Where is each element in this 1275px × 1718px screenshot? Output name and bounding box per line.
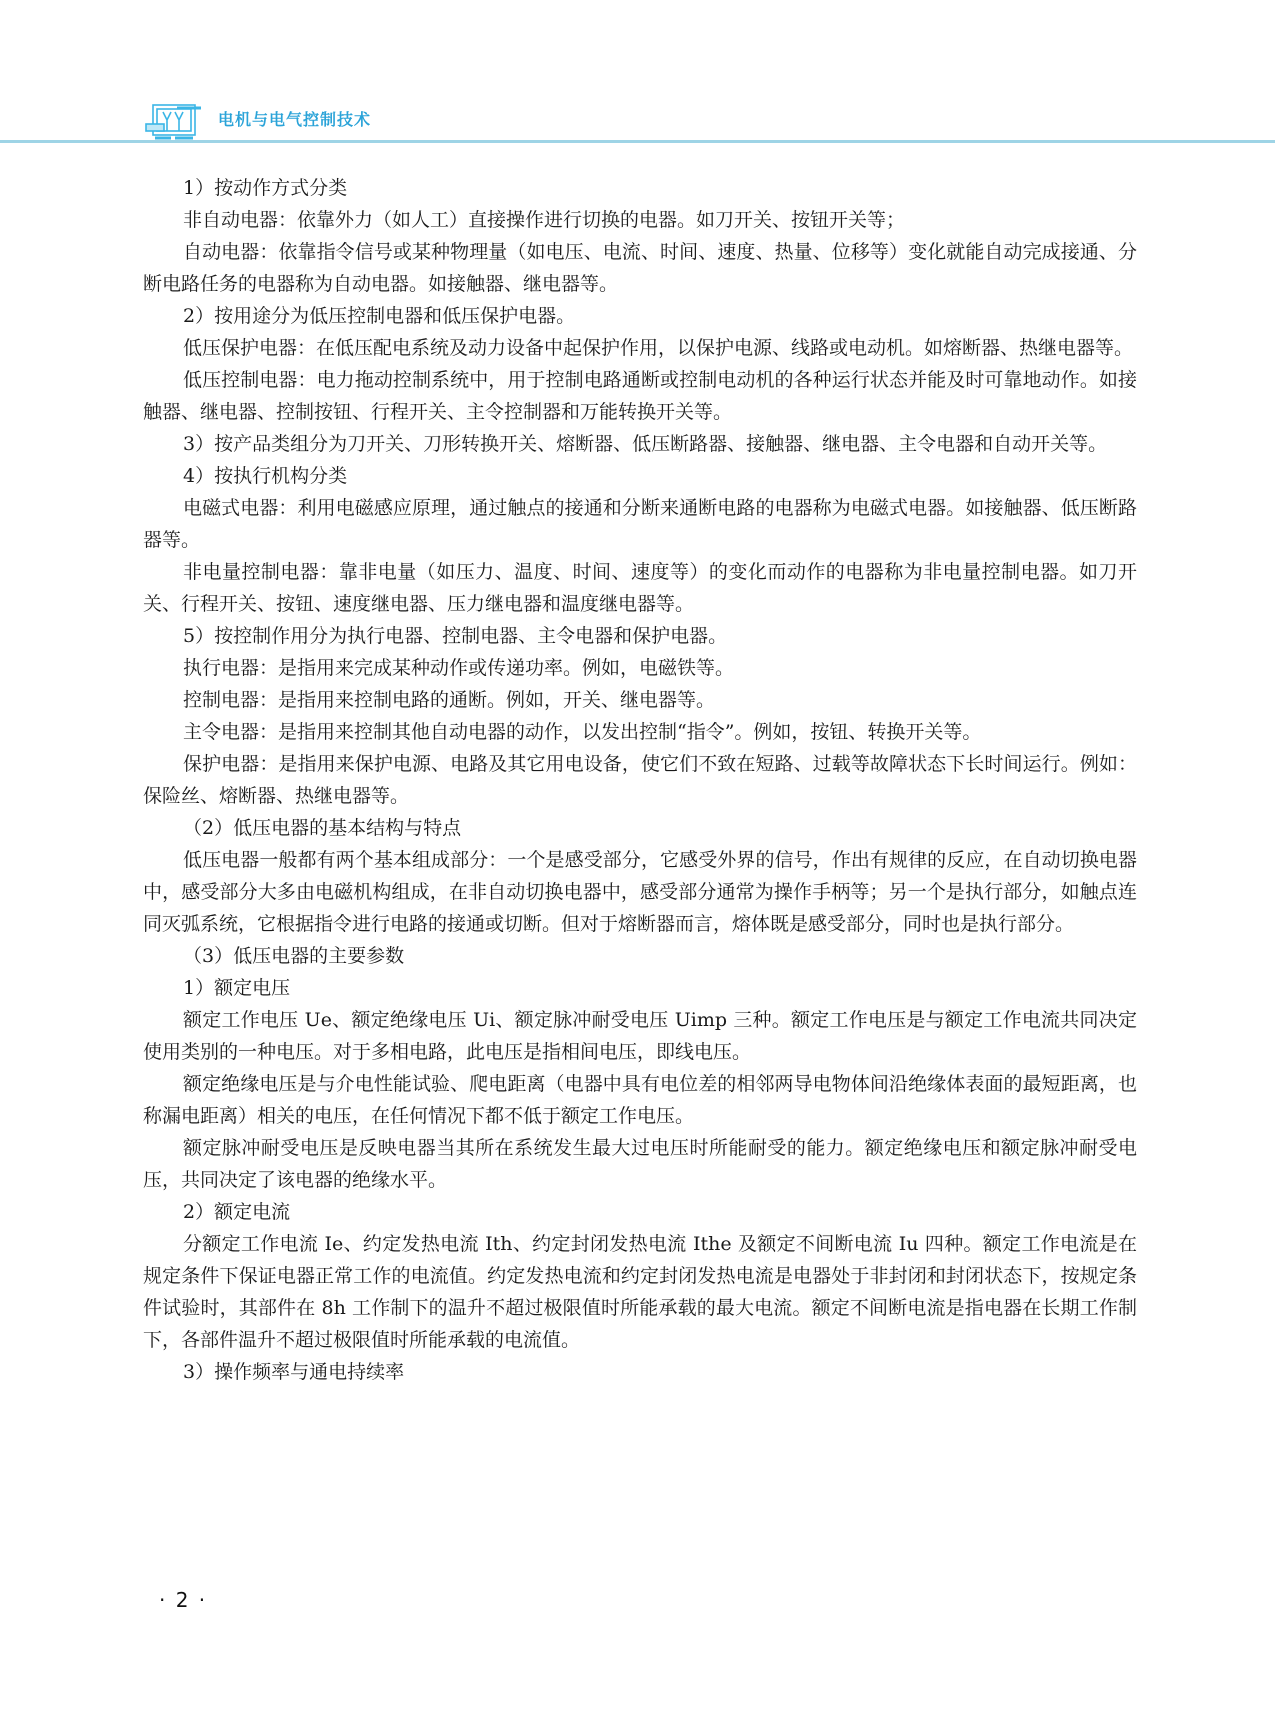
paragraph: 低压控制电器：电力拖动控制系统中，用于控制电路通断或控制电动机的各种运行状态并能… xyxy=(143,364,1137,428)
paragraph: 额定工作电压 Ue、额定绝缘电压 Ui、额定脉冲耐受电压 Uimp 三种。额定工… xyxy=(143,1004,1137,1068)
heading-rated-current: 2）额定电流 xyxy=(143,1196,1137,1228)
header-divider xyxy=(0,140,1275,143)
paragraph: 电磁式电器：利用电磁感应原理，通过触点的接通和分断来通断电路的电器称为电磁式电器… xyxy=(143,492,1137,556)
heading-operating-frequency: 3）操作频率与通电持续率 xyxy=(143,1356,1137,1388)
page-number: · 2 · xyxy=(159,1588,207,1612)
heading-by-usage: 2）按用途分为低压控制电器和低压保护电器。 xyxy=(143,300,1137,332)
page-body: 1）按动作方式分类 非自动电器：依靠外力（如人工）直接操作进行切换的电器。如刀开… xyxy=(143,172,1137,1388)
running-header: 电机与电气控制技术 xyxy=(0,95,1275,145)
heading-by-control-role: 5）按控制作用分为执行电器、控制电器、主令电器和保护电器。 xyxy=(143,620,1137,652)
paragraph: 低压电器一般都有两个基本组成部分：一个是感受部分，它感受外界的信号，作出有规律的… xyxy=(143,844,1137,940)
paragraph: 额定绝缘电压是与介电性能试验、爬电距离（电器中具有电位差的相邻两导电物体间沿绝缘… xyxy=(143,1068,1137,1132)
paragraph: 主令电器：是指用来控制其他自动电器的动作，以发出控制“指令”。例如，按钮、转换开… xyxy=(143,716,1137,748)
paragraph: 非电量控制电器：靠非电量（如压力、温度、时间、速度等）的变化而动作的电器称为非电… xyxy=(143,556,1137,620)
paragraph: 额定脉冲耐受电压是反映电器当其所在系统发生最大过电压时所能耐受的能力。额定绝缘电… xyxy=(143,1132,1137,1196)
paragraph: 非自动电器：依靠外力（如人工）直接操作进行切换的电器。如刀开关、按钮开关等； xyxy=(143,204,1137,236)
book-title: 电机与电气控制技术 xyxy=(218,107,371,130)
paragraph: 分额定工作电流 Ie、约定发热电流 Ith、约定封闭发热电流 Ithe 及额定不… xyxy=(143,1228,1137,1356)
heading-by-operation: 1）按动作方式分类 xyxy=(143,172,1137,204)
section-heading-parameters: （3）低压电器的主要参数 xyxy=(143,940,1137,972)
heading-by-product: 3）按产品类组分为刀开关、刀形转换开关、熔断器、低压断路器、接触器、继电器、主令… xyxy=(143,428,1137,460)
paragraph: 执行电器：是指用来完成某种动作或传递功率。例如，电磁铁等。 xyxy=(143,652,1137,684)
paragraph: 控制电器：是指用来控制电路的通断。例如，开关、继电器等。 xyxy=(143,684,1137,716)
paragraph: 保护电器：是指用来保护电源、电路及其它用电设备，使它们不致在短路、过载等故障状态… xyxy=(143,748,1137,812)
paragraph: 低压保护电器：在低压配电系统及动力设备中起保护作用，以保护电源、线路或电动机。如… xyxy=(143,332,1137,364)
heading-by-actuator: 4）按执行机构分类 xyxy=(143,460,1137,492)
paragraph: 自动电器：依靠指令信号或某种物理量（如电压、电流、时间、速度、热量、位移等）变化… xyxy=(143,236,1137,300)
circuit-board-icon xyxy=(145,102,207,140)
heading-rated-voltage: 1）额定电压 xyxy=(143,972,1137,1004)
section-heading-structure: （2）低压电器的基本结构与特点 xyxy=(143,812,1137,844)
